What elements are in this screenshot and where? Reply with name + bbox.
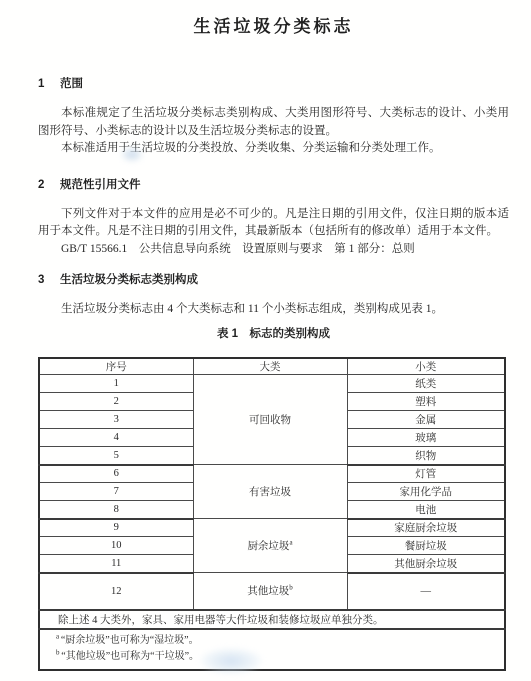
serial-cell: 5 (39, 447, 193, 465)
table-row: 9厨余垃圾a家庭厨余垃圾 (39, 519, 505, 537)
section-3-number: 3 (38, 273, 60, 287)
section-3-paragraph-1: 生活垃圾分类标志由 4 个大类标志和 11 个小类标志组成，类别构成见表 1。 (38, 301, 509, 319)
table-footnotes: a “厨余垃圾”也可称为“湿垃圾”。b “其他垃圾”也可称为“干垃圾”。 (39, 629, 505, 670)
table-note-row: 除上述 4 大类外，家具、家用电器等大件垃圾和装修垃圾应单独分类。 (39, 610, 505, 629)
footnote-marker: b (56, 648, 61, 656)
section-2-title: 规范性引用文件 (60, 178, 141, 192)
subclass-cell: 电池 (347, 501, 505, 519)
subclass-cell: 金属 (347, 411, 505, 429)
footnote-marker: a (56, 632, 61, 640)
category-cell: 可回收物 (193, 375, 347, 465)
header-subclass: 小类 (347, 358, 505, 375)
section-2-heading: 2 规范性引用文件 (38, 178, 509, 192)
category-cell: 厨余垃圾a (193, 519, 347, 573)
section-1-paragraph-2: 本标准适用于生活垃圾的分类投放、分类收集、分类运输和分类处理工作。 (38, 140, 509, 158)
footnote-marker: a (289, 539, 292, 547)
section-3-heading: 3 生活垃圾分类标志类别构成 (38, 273, 509, 287)
document-page: 生活垃圾分类标志 1 范围 本标准规定了生活垃圾分类标志类别构成、大类用图形符号… (0, 0, 531, 681)
serial-cell: 9 (39, 519, 193, 537)
section-3-title: 生活垃圾分类标志类别构成 (60, 273, 198, 287)
normative-reference: GB/T 15566.1 公共信息导向系统 设置原则与要求 第 1 部分：总则 (38, 241, 509, 259)
table-caption: 表 1 标志的类别构成 (38, 327, 509, 342)
serial-cell: 1 (39, 375, 193, 393)
table-row: 1可回收物纸类 (39, 375, 505, 393)
serial-cell: 2 (39, 393, 193, 411)
table-row: 12其他垃圾b— (39, 573, 505, 610)
subclass-cell: 玻璃 (347, 429, 505, 447)
serial-cell: 7 (39, 483, 193, 501)
table-footnotes-row: a “厨余垃圾”也可称为“湿垃圾”。b “其他垃圾”也可称为“干垃圾”。 (39, 629, 505, 670)
document-title: 生活垃圾分类标志 (38, 12, 509, 37)
serial-cell: 6 (39, 465, 193, 483)
subclass-cell: — (347, 573, 505, 610)
serial-cell: 10 (39, 537, 193, 555)
serial-cell: 3 (39, 411, 193, 429)
section-2-paragraph-1: 下列文件对于本文件的应用是必不可少的。凡是注日期的引用文件，仅注日期的版本适用于… (38, 206, 509, 241)
header-serial: 序号 (39, 358, 193, 375)
subclass-cell: 其他厨余垃圾 (347, 555, 505, 573)
table-row: 6有害垃圾灯管 (39, 465, 505, 483)
serial-cell: 8 (39, 501, 193, 519)
section-1-title: 范围 (60, 77, 83, 91)
section-1-heading: 1 范围 (38, 77, 509, 91)
category-cell: 其他垃圾b (193, 573, 347, 610)
section-2-number: 2 (38, 178, 60, 192)
subclass-cell: 家用化学品 (347, 483, 505, 501)
subclass-cell: 灯管 (347, 465, 505, 483)
table-header-row: 序号 大类 小类 (39, 358, 505, 375)
subclass-cell: 餐厨垃圾 (347, 537, 505, 555)
subclass-cell: 塑料 (347, 393, 505, 411)
footnote-line: b “其他垃圾”也可称为“干垃圾”。 (56, 649, 504, 665)
subclass-cell: 纸类 (347, 375, 505, 393)
serial-cell: 4 (39, 429, 193, 447)
footnote-marker: b (289, 584, 293, 592)
header-category: 大类 (193, 358, 347, 375)
section-1-paragraph-1: 本标准规定了生活垃圾分类标志类别构成、大类用图形符号、大类标志的设计、小类用图形… (38, 105, 509, 140)
subclass-cell: 织物 (347, 447, 505, 465)
serial-cell: 12 (39, 573, 193, 610)
section-1-number: 1 (38, 77, 60, 91)
footnote-line: a “厨余垃圾”也可称为“湿垃圾”。 (56, 633, 504, 649)
classification-table: 序号 大类 小类 1可回收物纸类2塑料3金属4玻璃5织物6有害垃圾灯管7家用化学… (38, 357, 506, 671)
serial-cell: 11 (39, 555, 193, 573)
category-cell: 有害垃圾 (193, 465, 347, 519)
table-note: 除上述 4 大类外，家具、家用电器等大件垃圾和装修垃圾应单独分类。 (39, 610, 505, 629)
subclass-cell: 家庭厨余垃圾 (347, 519, 505, 537)
